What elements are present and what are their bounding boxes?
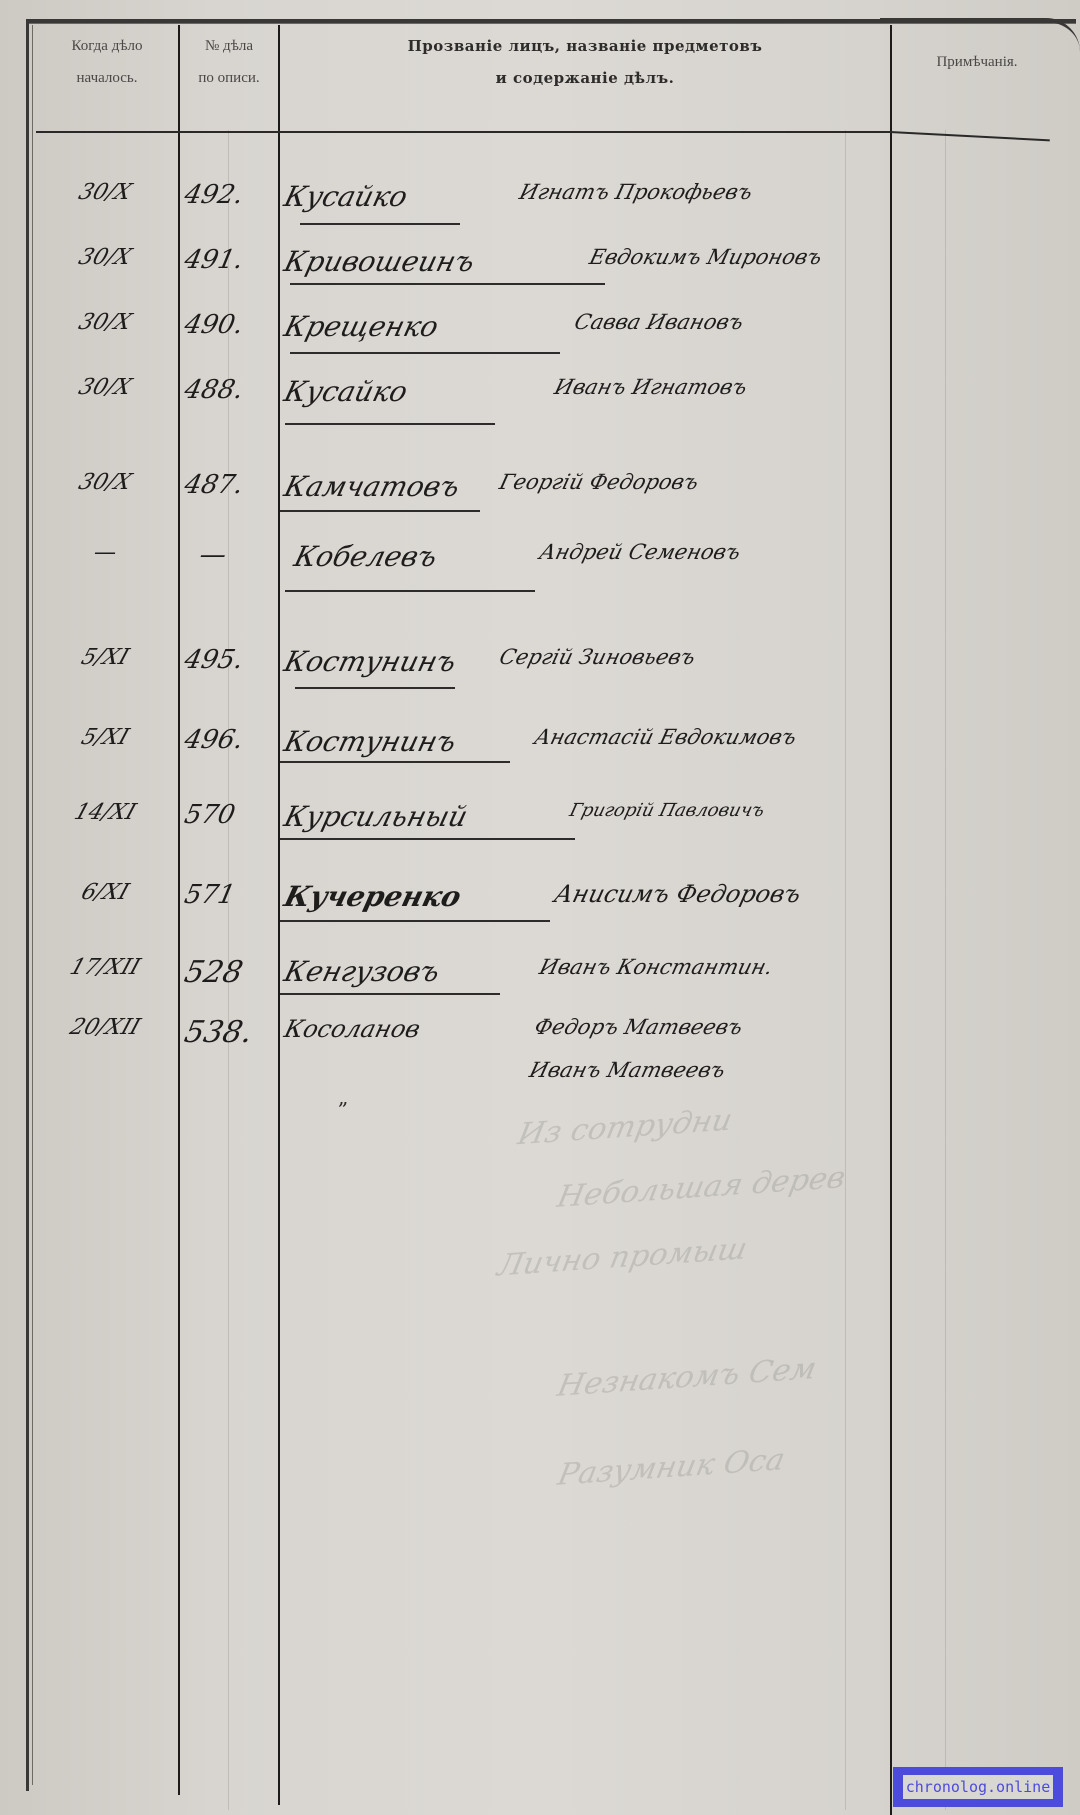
row-date: 30/X <box>46 375 164 400</box>
table-row: 30/X 488. Кусайко Иванъ Игнатовъ <box>0 375 1080 415</box>
row-surname: Камчатовъ <box>281 470 463 503</box>
table-row: 5/XI 495. Костунинъ Сергій Зиновьевъ <box>0 645 1080 685</box>
column-rule-names <box>890 25 892 1815</box>
bleed-through-text: Разумник Оса <box>555 1442 788 1492</box>
row-date: 14/XI <box>46 800 164 825</box>
header-notes-column: Примѣчанія. <box>892 46 1062 78</box>
row-surname: Косоланов <box>282 1015 424 1043</box>
surname-underline <box>300 223 460 225</box>
row-date: 30/X <box>46 470 164 495</box>
row-number: 538. <box>181 1015 268 1050</box>
row-date: — <box>50 540 160 565</box>
table-row: 30/X 492. Кусайко Игнатъ Прокофьевъ <box>0 180 1080 220</box>
row-number: 492. <box>182 180 268 210</box>
table-row: 5/XI 496. Костунинъ Анастасій Евдокимовъ <box>0 725 1080 765</box>
header-names-column: Прозваніе лицъ, названіе предметовъ и со… <box>280 30 890 94</box>
row-date: 30/X <box>46 245 164 270</box>
row-number: 528 <box>181 955 268 990</box>
header-date-line1: Когда дѣло <box>36 30 178 62</box>
watermark-text: chronolog.online <box>903 1775 1053 1799</box>
header-separator <box>36 131 891 133</box>
row-date: 30/X <box>46 180 164 205</box>
bleed-through-text: Лично промыш <box>495 1232 751 1284</box>
bleed-through-text: Небольшая дерев <box>554 1160 848 1215</box>
table-row: 20/XII 538. Косоланов Федоръ Матвеевъ <box>0 1015 1080 1055</box>
row-surname: Курсильный <box>281 800 471 833</box>
surname-underline <box>295 687 455 689</box>
table-row: 30/X 490. Крещенко Савва Ивановъ <box>0 310 1080 350</box>
row-number: 487. <box>182 470 268 500</box>
row-date: 17/XII <box>46 955 164 980</box>
header-names-line1: Прозваніе лицъ, названіе предметовъ <box>280 30 890 62</box>
ditto-mark: „ <box>338 1085 348 1109</box>
table-row: Иванъ Матвеевъ <box>0 1058 1080 1098</box>
table-row: 6/XI 571 Кучеренко Анисимъ Федоровъ <box>0 880 1080 920</box>
row-given-name: Григорій Павловичъ <box>567 800 766 821</box>
surname-underline <box>290 352 560 354</box>
row-surname: Кобелевъ <box>291 540 441 573</box>
header-number-line1: № дѣла <box>180 30 278 62</box>
row-given-name: Иванъ Игнатовъ <box>552 375 750 399</box>
table-row: 17/XII 528 Кенгузовъ Иванъ Константин. <box>0 955 1080 995</box>
table-row: — — Кобелевъ Андрей Семеновъ <box>0 540 1080 580</box>
row-given-name: Иванъ Матвеевъ <box>527 1058 728 1082</box>
table-row: 14/XI 570 Курсильный Григорій Павловичъ <box>0 800 1080 840</box>
row-surname: Крещенко <box>281 310 442 343</box>
row-surname: Костунинъ <box>281 645 460 678</box>
row-date: 30/X <box>46 310 164 335</box>
row-date: 5/XI <box>46 725 164 750</box>
row-surname: Костунинъ <box>281 725 460 758</box>
surname-underline <box>280 761 510 763</box>
header-notes-label: Примѣчанія. <box>892 46 1062 78</box>
row-given-name: Георгій Федоровъ <box>497 470 701 494</box>
row-surname: Кусайко <box>281 375 411 408</box>
row-given-name: Андрей Семеновъ <box>537 540 743 564</box>
row-given-name: Савва Ивановъ <box>572 310 746 334</box>
row-date: 5/XI <box>46 645 164 670</box>
table-row: 30/X 491. Кривошеинъ Евдокимъ Мироновъ <box>0 245 1080 285</box>
row-given-name: Федоръ Матвеевъ <box>532 1015 745 1039</box>
surname-underline <box>280 510 480 512</box>
row-given-name: Анисимъ Федоровъ <box>552 880 804 908</box>
ledger-page: Когда дѣло началось. № дѣла по описи. Пр… <box>0 0 1080 1815</box>
row-surname: Кусайко <box>281 180 411 213</box>
row-number: 495. <box>182 645 268 675</box>
header-date-column: Когда дѣло началось. <box>36 30 178 94</box>
surname-underline <box>280 838 575 840</box>
header-number-column: № дѣла по описи. <box>180 30 278 94</box>
row-number: 496. <box>182 725 268 755</box>
row-given-name: Анастасій Евдокимовъ <box>532 725 799 749</box>
bleed-through-text: Незнакомъ Сем <box>554 1351 819 1404</box>
surname-underline <box>280 920 550 922</box>
table-row: 30/X 487. Камчатовъ Георгій Федоровъ <box>0 470 1080 510</box>
row-given-name: Сергій Зиновьевъ <box>497 645 698 669</box>
row-number: 491. <box>182 245 268 275</box>
row-date: 20/XII <box>46 1015 164 1040</box>
row-given-name: Евдокимъ Мироновъ <box>587 245 824 269</box>
header-separator-notes <box>890 131 1050 141</box>
surname-underline <box>280 993 500 995</box>
row-number: 488. <box>182 375 268 405</box>
row-given-name: Игнатъ Прокофьевъ <box>517 180 755 204</box>
row-surname: Кучеренко <box>281 880 465 913</box>
row-surname: Кривошеинъ <box>281 245 478 278</box>
row-number: 570 <box>182 800 268 830</box>
surname-underline <box>285 423 495 425</box>
row-number: 490. <box>182 310 268 340</box>
row-date: 6/XI <box>46 880 164 905</box>
row-number: 571 <box>182 880 268 910</box>
bleed-through-text: Из сотрудни <box>515 1103 735 1153</box>
header-names-line2: и содержаніе дѣлъ. <box>280 62 890 94</box>
header-number-line2: по описи. <box>180 62 278 94</box>
surname-underline <box>290 283 605 285</box>
header-date-line2: началось. <box>36 62 178 94</box>
watermark-badge: chronolog.online <box>893 1767 1063 1807</box>
surname-underline <box>285 590 535 592</box>
row-given-name: Иванъ Константин. <box>537 955 775 979</box>
row-number: — <box>197 540 283 570</box>
row-surname: Кенгузовъ <box>281 955 443 988</box>
